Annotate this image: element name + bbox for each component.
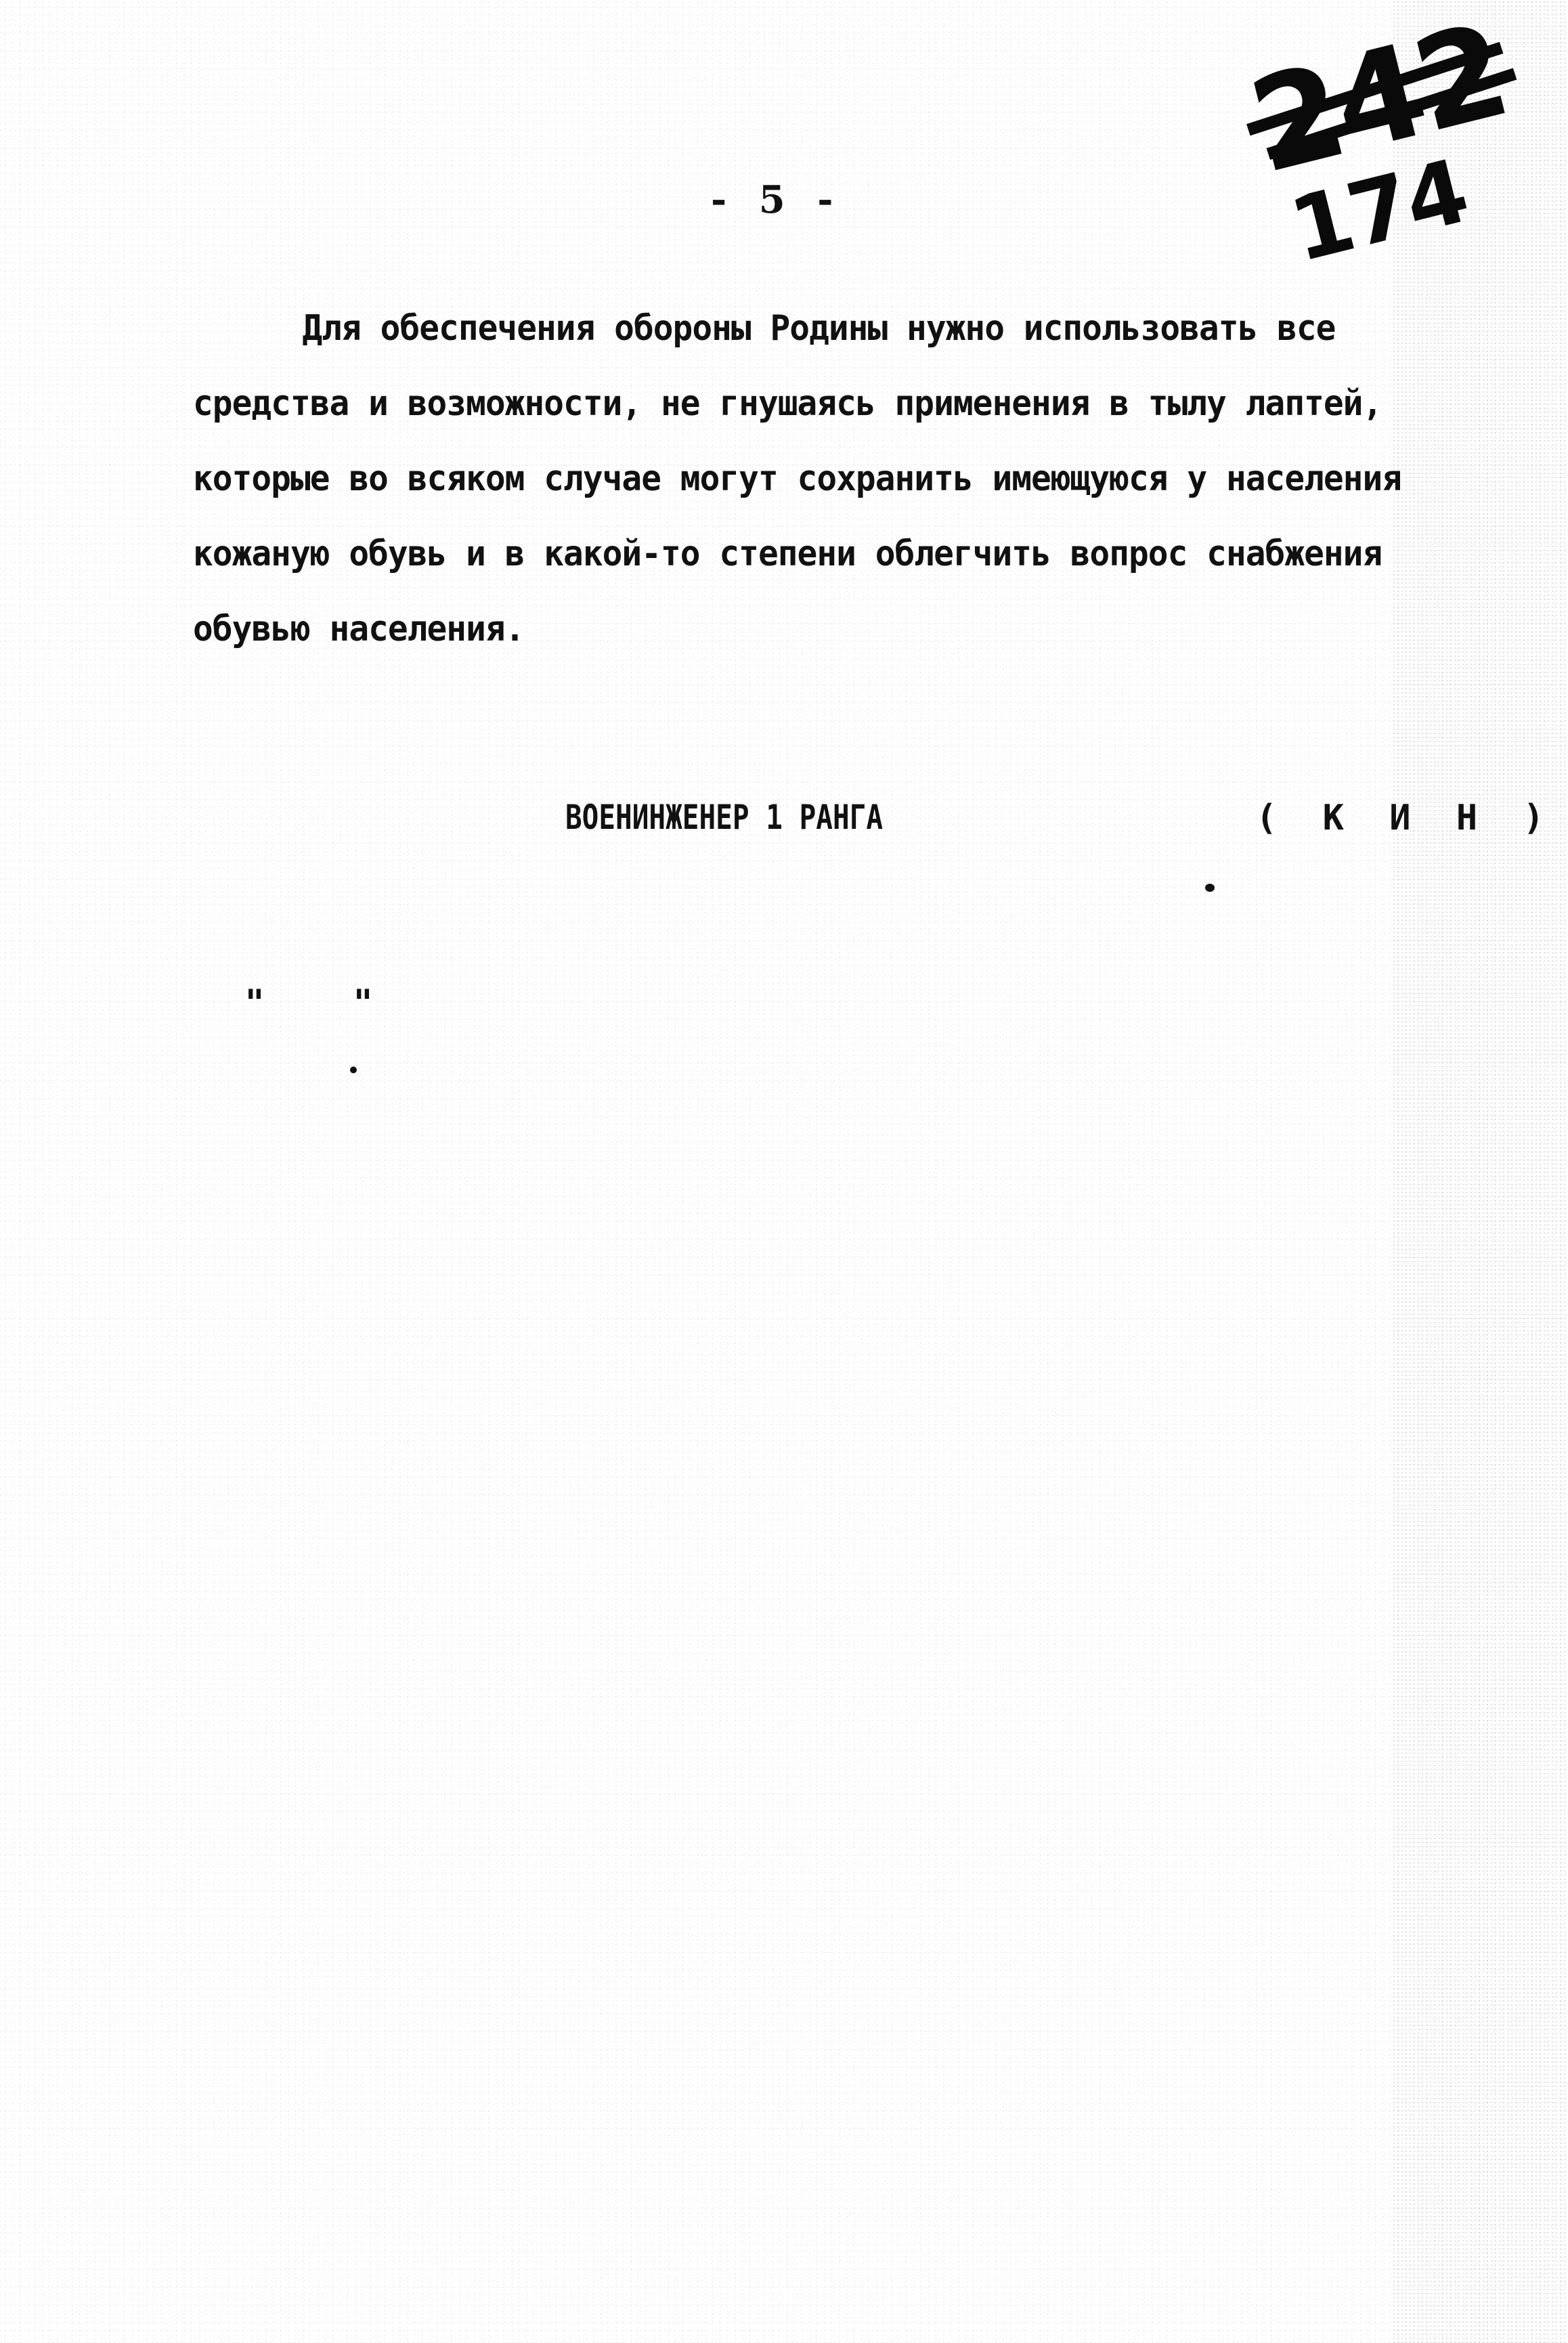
- ditto-mark: ": [353, 982, 372, 1025]
- page-number: - 5 -: [711, 177, 842, 222]
- body-paragraph: Для обеспечения обороны Родины нужно исп…: [193, 291, 1492, 667]
- paragraph-line: кожаную обувь и в какой-то степени облег…: [193, 517, 1492, 592]
- paragraph-line: Для обеспечения обороны Родины нужно исп…: [193, 291, 1492, 366]
- signature-title: ВОЕНИНЖЕНЕР 1 РАНГА: [565, 798, 883, 837]
- ink-speck: [1205, 884, 1215, 892]
- struck-page-number: 242: [1240, 6, 1516, 192]
- ink-speck: [350, 1067, 357, 1073]
- paragraph-line: средства и возможности, не гнушаясь прим…: [193, 366, 1492, 442]
- paragraph-line: которые во всяком случае могут сохранить…: [193, 442, 1492, 517]
- archive-page-stamp: 242174: [1240, 0, 1568, 317]
- ditto-mark: ": [245, 982, 264, 1025]
- paragraph-line: обувью населения.: [193, 592, 1492, 667]
- signature-name: ( К И Н ): [1256, 798, 1556, 838]
